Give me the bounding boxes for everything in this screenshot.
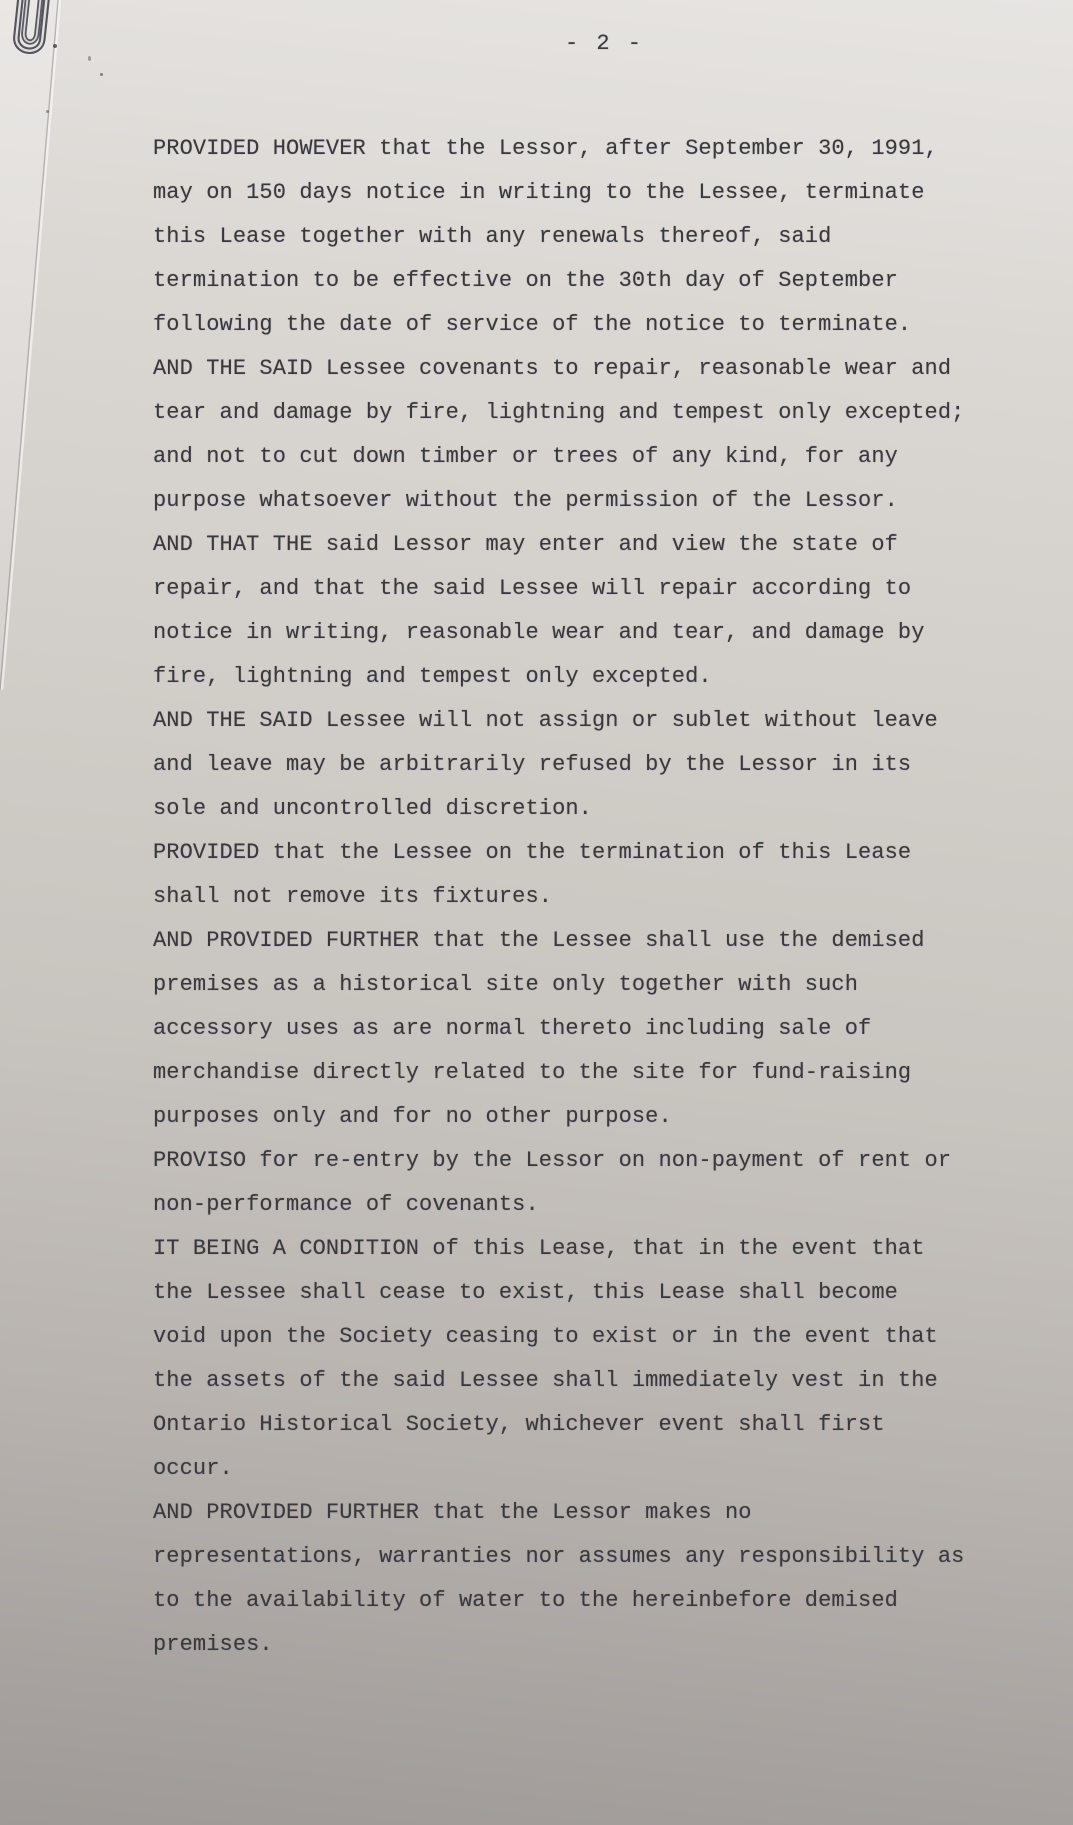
text-line: and leave may be arbitrarily refused by … — [153, 743, 1033, 787]
text-line: occur. — [153, 1447, 1033, 1491]
text-line: may on 150 days notice in writing to the… — [153, 171, 1033, 215]
text-line: representations, warranties nor assumes … — [153, 1535, 1033, 1579]
paper-speck — [88, 56, 91, 61]
text-line: purpose whatsoever without the permissio… — [153, 479, 1033, 523]
text-line: AND THE SAID Lessee will not assign or s… — [153, 699, 1033, 743]
text-line: termination to be effective on the 30th … — [153, 259, 1033, 303]
text-line: void upon the Society ceasing to exist o… — [153, 1315, 1033, 1359]
text-line: purposes only and for no other purpose. — [153, 1095, 1033, 1139]
paper-speck — [46, 110, 49, 113]
text-line: premises. — [153, 1623, 1033, 1667]
page-edge — [0, 0, 130, 720]
text-line: AND PROVIDED FURTHER that the Lessor mak… — [153, 1491, 1033, 1535]
text-line: the assets of the said Lessee shall imme… — [153, 1359, 1033, 1403]
text-line: to the availability of water to the here… — [153, 1579, 1033, 1623]
text-line: AND THE SAID Lessee covenants to repair,… — [153, 347, 1033, 391]
text-line: PROVIDED that the Lessee on the terminat… — [153, 831, 1033, 875]
text-line: and not to cut down timber or trees of a… — [153, 435, 1033, 479]
text-line: fire, lightning and tempest only excepte… — [153, 655, 1033, 699]
text-line: notice in writing, reasonable wear and t… — [153, 611, 1033, 655]
scanned-page: - 2 - PROVIDED HOWEVER that the Lessor, … — [0, 0, 1073, 1825]
text-line: IT BEING A CONDITION of this Lease, that… — [153, 1227, 1033, 1271]
text-line: repair, and that the said Lessee will re… — [153, 567, 1033, 611]
text-line: merchandise directly related to the site… — [153, 1051, 1033, 1095]
paper-speck — [100, 73, 103, 76]
page-number: - 2 - — [565, 31, 644, 56]
text-line: PROVISO for re-entry by the Lessor on no… — [153, 1139, 1033, 1183]
text-line: this Lease together with any renewals th… — [153, 215, 1033, 259]
document-text: PROVIDED HOWEVER that the Lessor, after … — [153, 127, 1033, 1667]
text-line: sole and uncontrolled discretion. — [153, 787, 1033, 831]
text-line: shall not remove its fixtures. — [153, 875, 1033, 919]
text-line: tear and damage by fire, lightning and t… — [153, 391, 1033, 435]
text-line: premises as a historical site only toget… — [153, 963, 1033, 1007]
paper-speck — [53, 44, 57, 48]
text-line: following the date of service of the not… — [153, 303, 1033, 347]
text-line: non-performance of covenants. — [153, 1183, 1033, 1227]
text-line: PROVIDED HOWEVER that the Lessor, after … — [153, 127, 1033, 171]
paperclip-icon — [0, 0, 63, 81]
text-line: AND PROVIDED FURTHER that the Lessee sha… — [153, 919, 1033, 963]
text-line: the Lessee shall cease to exist, this Le… — [153, 1271, 1033, 1315]
text-line: accessory uses as are normal thereto inc… — [153, 1007, 1033, 1051]
text-line: AND THAT THE said Lessor may enter and v… — [153, 523, 1033, 567]
text-line: Ontario Historical Society, whichever ev… — [153, 1403, 1033, 1447]
